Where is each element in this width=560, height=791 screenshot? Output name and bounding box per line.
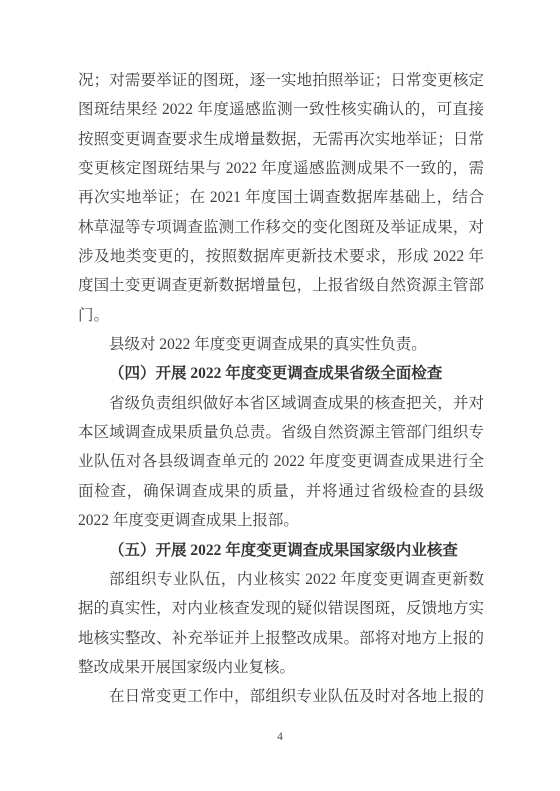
text-line: 门。 (78, 301, 484, 330)
text-line: 据的真实性，对内业核查发现的疑似错误图斑，反馈地方实 (78, 594, 484, 623)
text-line: 再次实地举证；在 2021 年度国土调查数据库基础上，结合 (78, 183, 484, 212)
text-line: 按照变更调查要求生成增量数据，无需再次实地举证；日常 (78, 125, 484, 154)
section-heading-line: （五）开展 2022 年度变更调查成果国家级内业核查 (78, 536, 484, 565)
text-line: 况；对需要举证的图斑，逐一实地拍照举证；日常变更核定 (78, 66, 484, 95)
text-line: 部组织专业队伍，内业核实 2022 年度变更调查更新数 (78, 565, 484, 594)
text-line: 县级对 2022 年度变更调查成果的真实性负责。 (78, 330, 484, 359)
document-body: 况；对需要举证的图斑，逐一实地拍照举证；日常变更核定图斑结果经 2022 年度遥… (78, 66, 484, 712)
text-line: 业队伍对各县级调查单元的 2022 年度变更调查成果进行全 (78, 447, 484, 476)
document-page: 况；对需要举证的图斑，逐一实地拍照举证；日常变更核定图斑结果经 2022 年度遥… (0, 0, 560, 791)
text-line: 林草湿等专项调查监测工作移交的变化图斑及举证成果，对 (78, 213, 484, 242)
text-line: 涉及地类变更的，按照数据库更新技术要求，形成 2022 年 (78, 242, 484, 271)
text-line: 整改成果开展国家级内业复核。 (78, 653, 484, 682)
text-line: 面检查，确保调查成果的质量，并将通过省级检查的县级 (78, 477, 484, 506)
text-line: 变更核定图斑结果与 2022 年度遥感监测成果不一致的，需 (78, 154, 484, 183)
page-number: 4 (0, 731, 560, 743)
text-line: 图斑结果经 2022 年度遥感监测一致性核实确认的，可直接 (78, 95, 484, 124)
text-line: 地核实整改、补充举证并上报整改成果。部将对地方上报的 (78, 624, 484, 653)
text-line: 度国土变更调查更新数据增量包，上报省级自然资源主管部 (78, 271, 484, 300)
section-heading-line: （四）开展 2022 年度变更调查成果省级全面检查 (78, 359, 484, 388)
text-line: 省级负责组织做好本省区域调查成果的核查把关，并对 (78, 389, 484, 418)
text-line: 2022 年度变更调查成果上报部。 (78, 506, 484, 535)
text-line: 在日常变更工作中，部组织专业队伍及时对各地上报的 (78, 682, 484, 711)
text-line: 本区域调查成果质量负总责。省级自然资源主管部门组织专 (78, 418, 484, 447)
